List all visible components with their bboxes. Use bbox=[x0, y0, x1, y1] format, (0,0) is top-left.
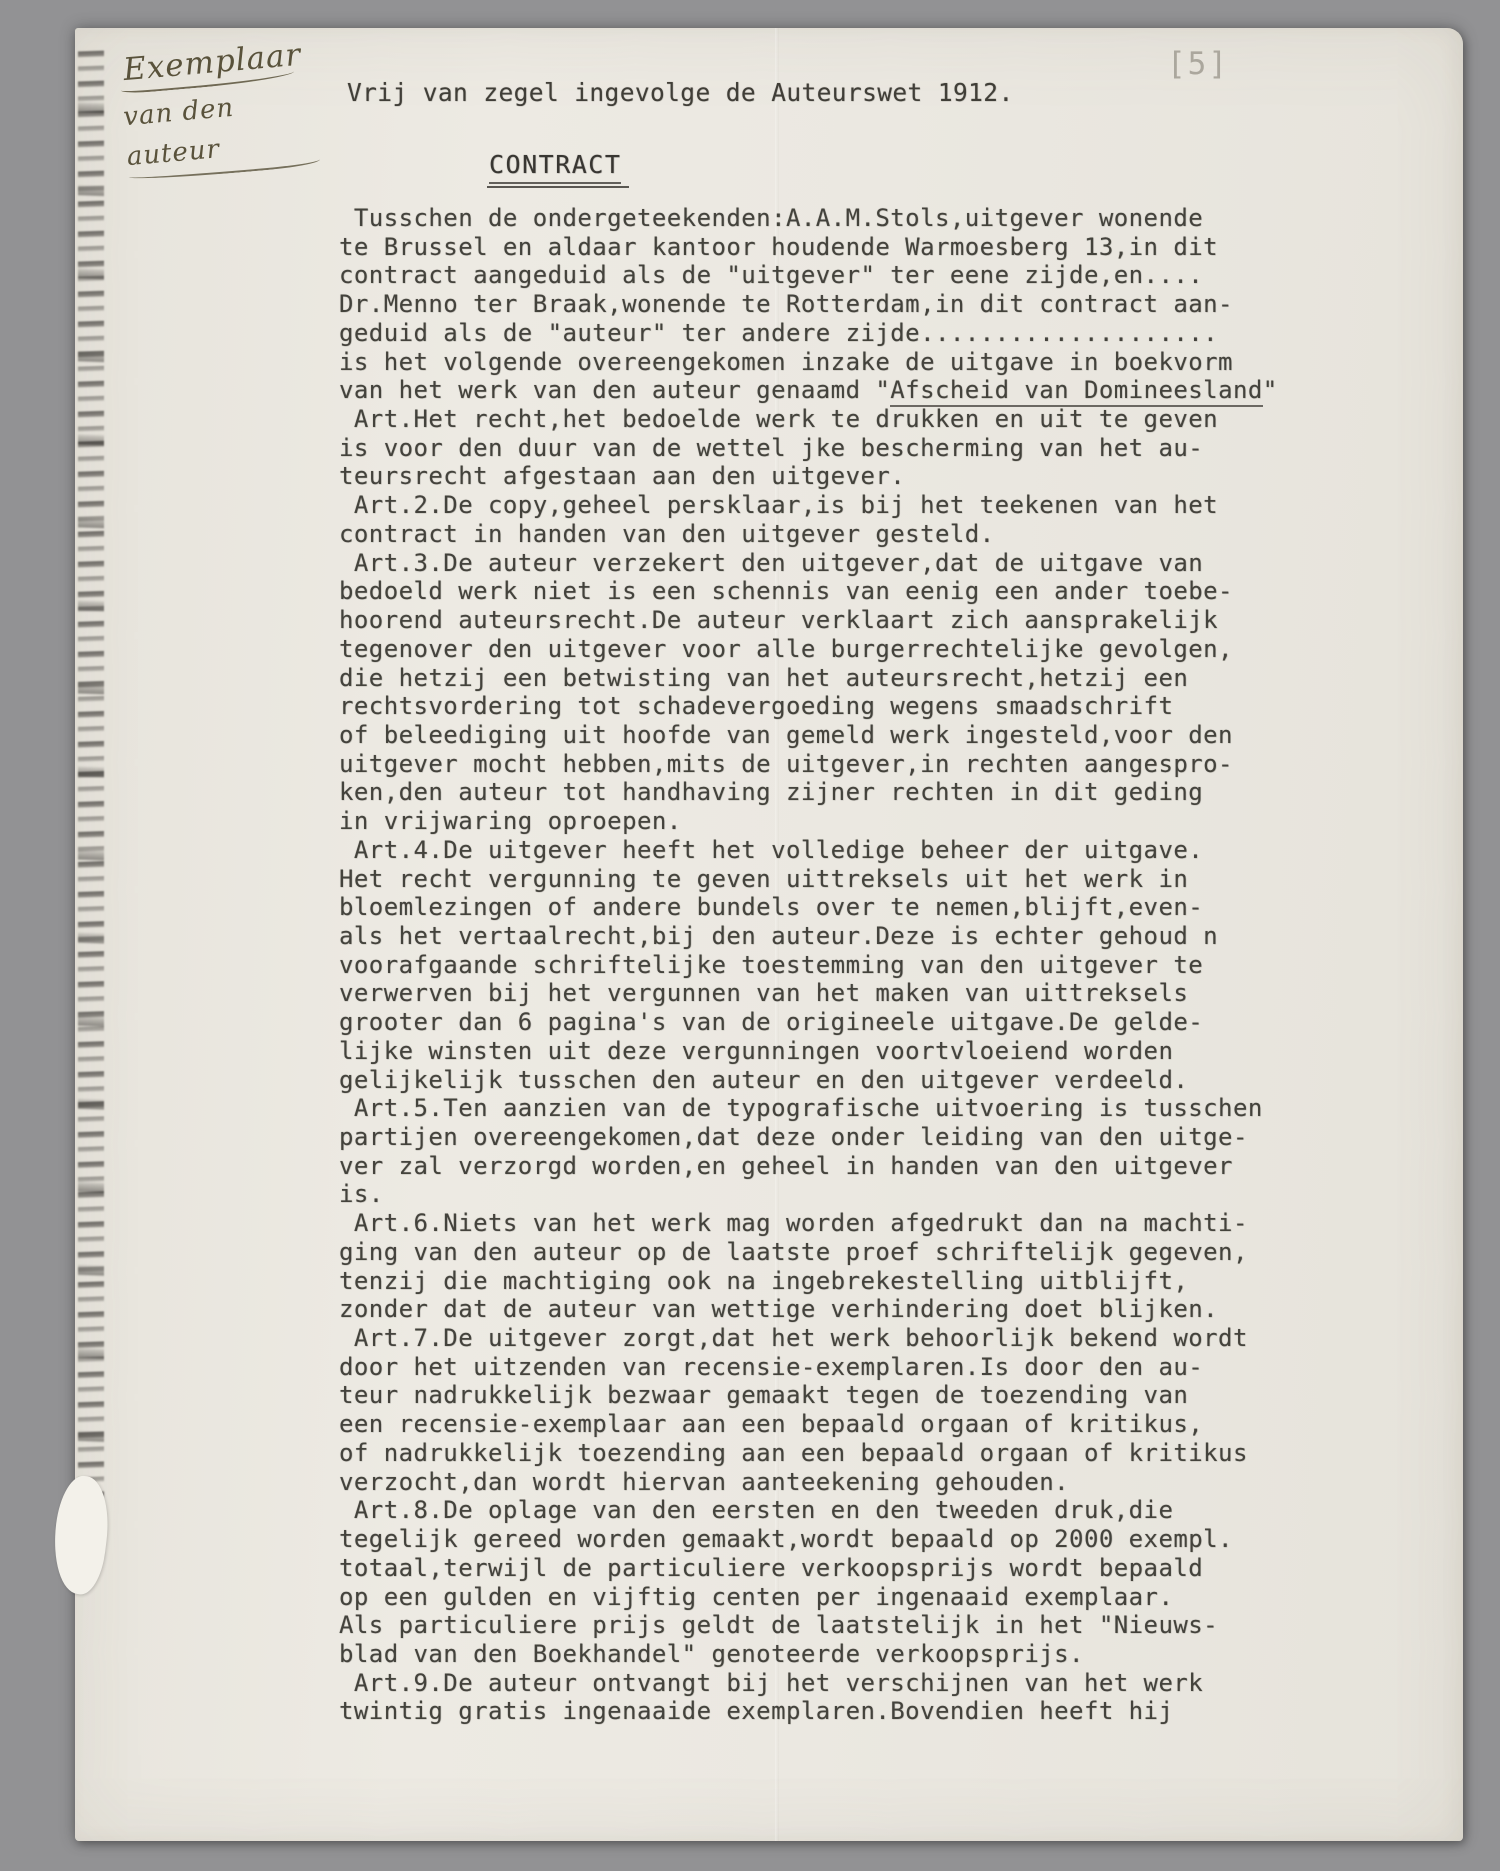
typed-line: teursrecht afgestaan aan den uitgever. bbox=[339, 462, 1349, 491]
torn-paper-patch bbox=[48, 1473, 114, 1596]
typed-line: rechtsvordering tot schadevergoeding weg… bbox=[339, 692, 1349, 721]
typed-line: tenzij die machtiging ook na ingebrekest… bbox=[339, 1267, 1349, 1296]
typed-line: teur nadrukkelijk bezwaar gemaakt tegen … bbox=[339, 1381, 1349, 1410]
typed-line: Dr.Menno ter Braak,wonende te Rotterdam,… bbox=[339, 290, 1349, 319]
typed-line: Art.2.De copy,geheel persklaar,is bij he… bbox=[339, 491, 1349, 520]
typed-line: blad van den Boekhandel" genoteerde verk… bbox=[339, 1640, 1349, 1669]
typed-line: lijke winsten uit deze vergunningen voor… bbox=[339, 1037, 1349, 1066]
typed-body: Tusschen de ondergeteekenden:A.A.M.Stols… bbox=[339, 204, 1349, 1726]
typed-line: Art.4.De uitgever heeft het volledige be… bbox=[339, 836, 1349, 865]
typed-line: Art.6.Niets van het werk mag worden afge… bbox=[339, 1209, 1349, 1238]
typed-line: gelijkelijk tusschen den auteur en den u… bbox=[339, 1066, 1349, 1095]
underlined-work-title: Afscheid van Domineesland bbox=[890, 376, 1262, 407]
document-title-text: CONTRACT bbox=[489, 150, 621, 184]
page-number: [5] bbox=[1167, 46, 1229, 82]
typed-line: grooter dan 6 pagina's van de origineele… bbox=[339, 1008, 1349, 1037]
typed-line: of beleediging uit hoofde van gemeld wer… bbox=[339, 721, 1349, 750]
typed-line: partijen overeengekomen,dat deze onder l… bbox=[339, 1123, 1349, 1152]
typed-line: bedoeld werk niet is een schennis van ee… bbox=[339, 577, 1349, 606]
typed-line: is. bbox=[339, 1180, 1349, 1209]
typed-line: Art.3.De auteur verzekert den uitgever,d… bbox=[339, 549, 1349, 578]
typed-line: Art.9.De auteur ontvangt bij het verschi… bbox=[339, 1669, 1349, 1698]
typed-line: Art.7.De uitgever zorgt,dat het werk beh… bbox=[339, 1324, 1349, 1353]
typed-line: bloemlezingen of andere bundels over te … bbox=[339, 893, 1349, 922]
binding-tape-marks bbox=[78, 42, 104, 1562]
typed-line: ken,den auteur tot handhaving zijner rec… bbox=[339, 778, 1349, 807]
typed-line: die hetzij een betwisting van het auteur… bbox=[339, 664, 1349, 693]
handwritten-annotation: Exemplaar van den auteur bbox=[118, 34, 321, 182]
typed-line: totaal,terwijl de particuliere verkoopsp… bbox=[339, 1554, 1349, 1583]
typed-line: ging van den auteur op de laatste proef … bbox=[339, 1238, 1349, 1267]
typed-line: van het werk van den auteur genaamd "Afs… bbox=[339, 376, 1349, 405]
typed-line: als het vertaalrecht,bij den auteur.Deze… bbox=[339, 922, 1349, 951]
document-page: Exemplaar van den auteur [5] Vrij van ze… bbox=[75, 28, 1463, 1841]
typed-line: hoorend auteursrecht.De auteur verklaart… bbox=[339, 606, 1349, 635]
typed-line: tegelijk gereed worden gemaakt,wordt bep… bbox=[339, 1525, 1349, 1554]
document-title: CONTRACT bbox=[487, 150, 629, 188]
typed-line: twintig gratis ingenaaide exemplaren.Bov… bbox=[339, 1697, 1349, 1726]
handwritten-annotation-line2: van den auteur bbox=[122, 81, 321, 182]
typed-line: uitgever mocht hebben,mits de uitgever,i… bbox=[339, 750, 1349, 779]
typed-line: Tusschen de ondergeteekenden:A.A.M.Stols… bbox=[339, 204, 1349, 233]
stamp-exemption-line: Vrij van zegel ingevolge de Auteurswet 1… bbox=[347, 78, 1014, 107]
typed-line: contract in handen van den uitgever gest… bbox=[339, 520, 1349, 549]
typed-line: door het uitzenden van recensie-exemplar… bbox=[339, 1353, 1349, 1382]
typed-line: een recensie-exemplaar aan een bepaald o… bbox=[339, 1410, 1349, 1439]
typed-line: in vrijwaring oproepen. bbox=[339, 807, 1349, 836]
typed-line: verzocht,dan wordt hiervan aanteekening … bbox=[339, 1468, 1349, 1497]
typed-line: geduid als de "auteur" ter andere zijde.… bbox=[339, 319, 1349, 348]
typed-line: tegenover den uitgever voor alle burgerr… bbox=[339, 635, 1349, 664]
typed-line: ver zal verzorgd worden,en geheel in han… bbox=[339, 1152, 1349, 1181]
typed-line: of nadrukkelijk toezending aan een bepaa… bbox=[339, 1439, 1349, 1468]
typed-line: op een gulden en vijftig centen per inge… bbox=[339, 1583, 1349, 1612]
typed-line: zonder dat de auteur van wettige verhind… bbox=[339, 1295, 1349, 1324]
typed-line: Art.8.De oplage van den eersten en den t… bbox=[339, 1496, 1349, 1525]
typed-line: is voor den duur van de wettel jke besch… bbox=[339, 434, 1349, 463]
typed-line: contract aangeduid als de "uitgever" ter… bbox=[339, 261, 1349, 290]
typed-line: Art.Het recht,het bedoelde werk te drukk… bbox=[339, 405, 1349, 434]
typed-line: is het volgende overeengekomen inzake de… bbox=[339, 348, 1349, 377]
typed-line: verwerven bij het vergunnen van het make… bbox=[339, 979, 1349, 1008]
typed-line: te Brussel en aldaar kantoor houdende Wa… bbox=[339, 233, 1349, 262]
typed-line: Het recht vergunning te geven uittreksel… bbox=[339, 865, 1349, 894]
typed-line: Als particuliere prijs geldt de laatstel… bbox=[339, 1611, 1349, 1640]
typed-line: voorafgaande schriftelijke toestemming v… bbox=[339, 951, 1349, 980]
typed-line: Art.5.Ten aanzien van de typografische u… bbox=[339, 1094, 1349, 1123]
